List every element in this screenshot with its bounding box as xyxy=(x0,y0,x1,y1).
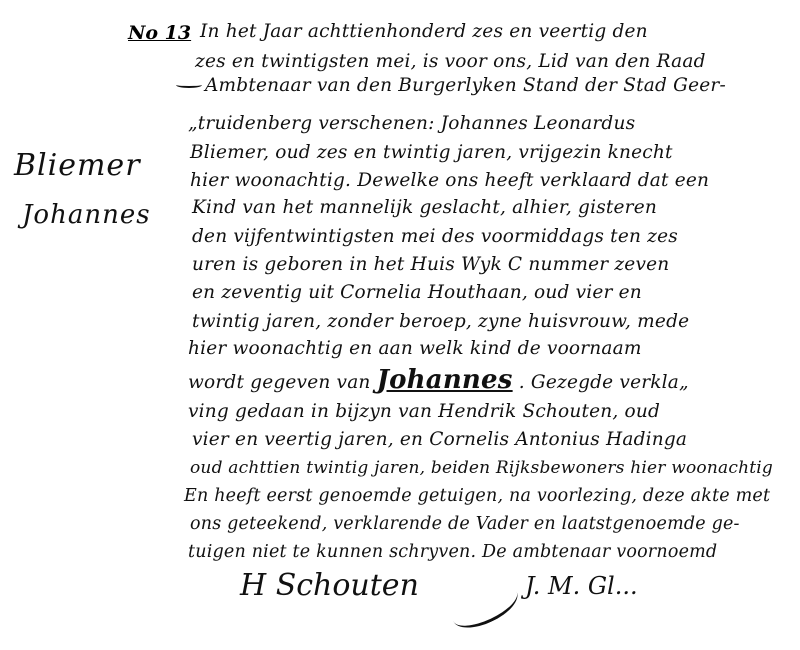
text-line-4: „truidenberg verschenen: Johannes Leonar… xyxy=(188,112,635,136)
text-line-9: uren is geboren in het Huis Wyk C nummer… xyxy=(192,253,669,277)
text-line-1: In het Jaar achttienhonderd zes en veert… xyxy=(200,20,648,44)
text-line-10: en zeventig uit Cornelia Houthaan, oud v… xyxy=(192,281,642,305)
text-line-5: Bliemer, oud zes en twintig jaren, vrijg… xyxy=(190,141,673,165)
text-line-12: hier woonachtig en aan welk kind de voor… xyxy=(188,337,642,361)
text-line-15: vier en veertig jaren, en Cornelis Anton… xyxy=(192,428,687,452)
text-line-16: oud achttien twintig jaren, beiden Rijks… xyxy=(190,456,773,480)
text-line-13-suffix: . Gezegde verkla„ xyxy=(519,372,689,393)
text-line-17: En heeft eerst genoemde getuigen, na voo… xyxy=(184,484,770,508)
text-line-13-prefix: wordt gegeven van xyxy=(188,372,371,393)
text-line-19: tuigen niet te kunnen schryven. De ambte… xyxy=(188,540,717,564)
line-flourish xyxy=(176,82,202,88)
text-line-11: twintig jaren, zonder beroep, zyne huisv… xyxy=(192,310,689,334)
act-number: No 13 xyxy=(128,22,191,44)
text-line-6: hier woonachtig. Dewelke ons heeft verkl… xyxy=(190,169,709,193)
margin-surname: Bliemer xyxy=(14,148,141,183)
text-line-14: ving gedaan in bijzyn van Hendrik Schout… xyxy=(188,400,660,424)
text-line-18: ons geteekend, verklarende de Vader en l… xyxy=(190,512,740,536)
margin-given-name: Johannes xyxy=(22,200,151,230)
text-line-2: zes en twintigsten mei, is voor ons, Lid… xyxy=(195,50,706,74)
given-name-emphasis: Johannes xyxy=(377,365,513,395)
text-line-8: den vijfentwintigsten mei des voormiddag… xyxy=(192,225,678,249)
text-line-3: Ambtenaar van den Burgerlyken Stand der … xyxy=(205,74,726,98)
official-signature: J. M. Gl... xyxy=(525,572,638,600)
birth-record-page: Bliemer Johannes No 13 In het Jaar achtt… xyxy=(0,0,800,650)
text-line-7: Kind van het mannelijk geslacht, alhier,… xyxy=(192,196,657,220)
text-line-13: wordt gegeven van Johannes . Gezegde ver… xyxy=(188,368,689,395)
signature-flourish xyxy=(446,577,523,636)
witness-signature: H Schouten xyxy=(240,568,419,603)
